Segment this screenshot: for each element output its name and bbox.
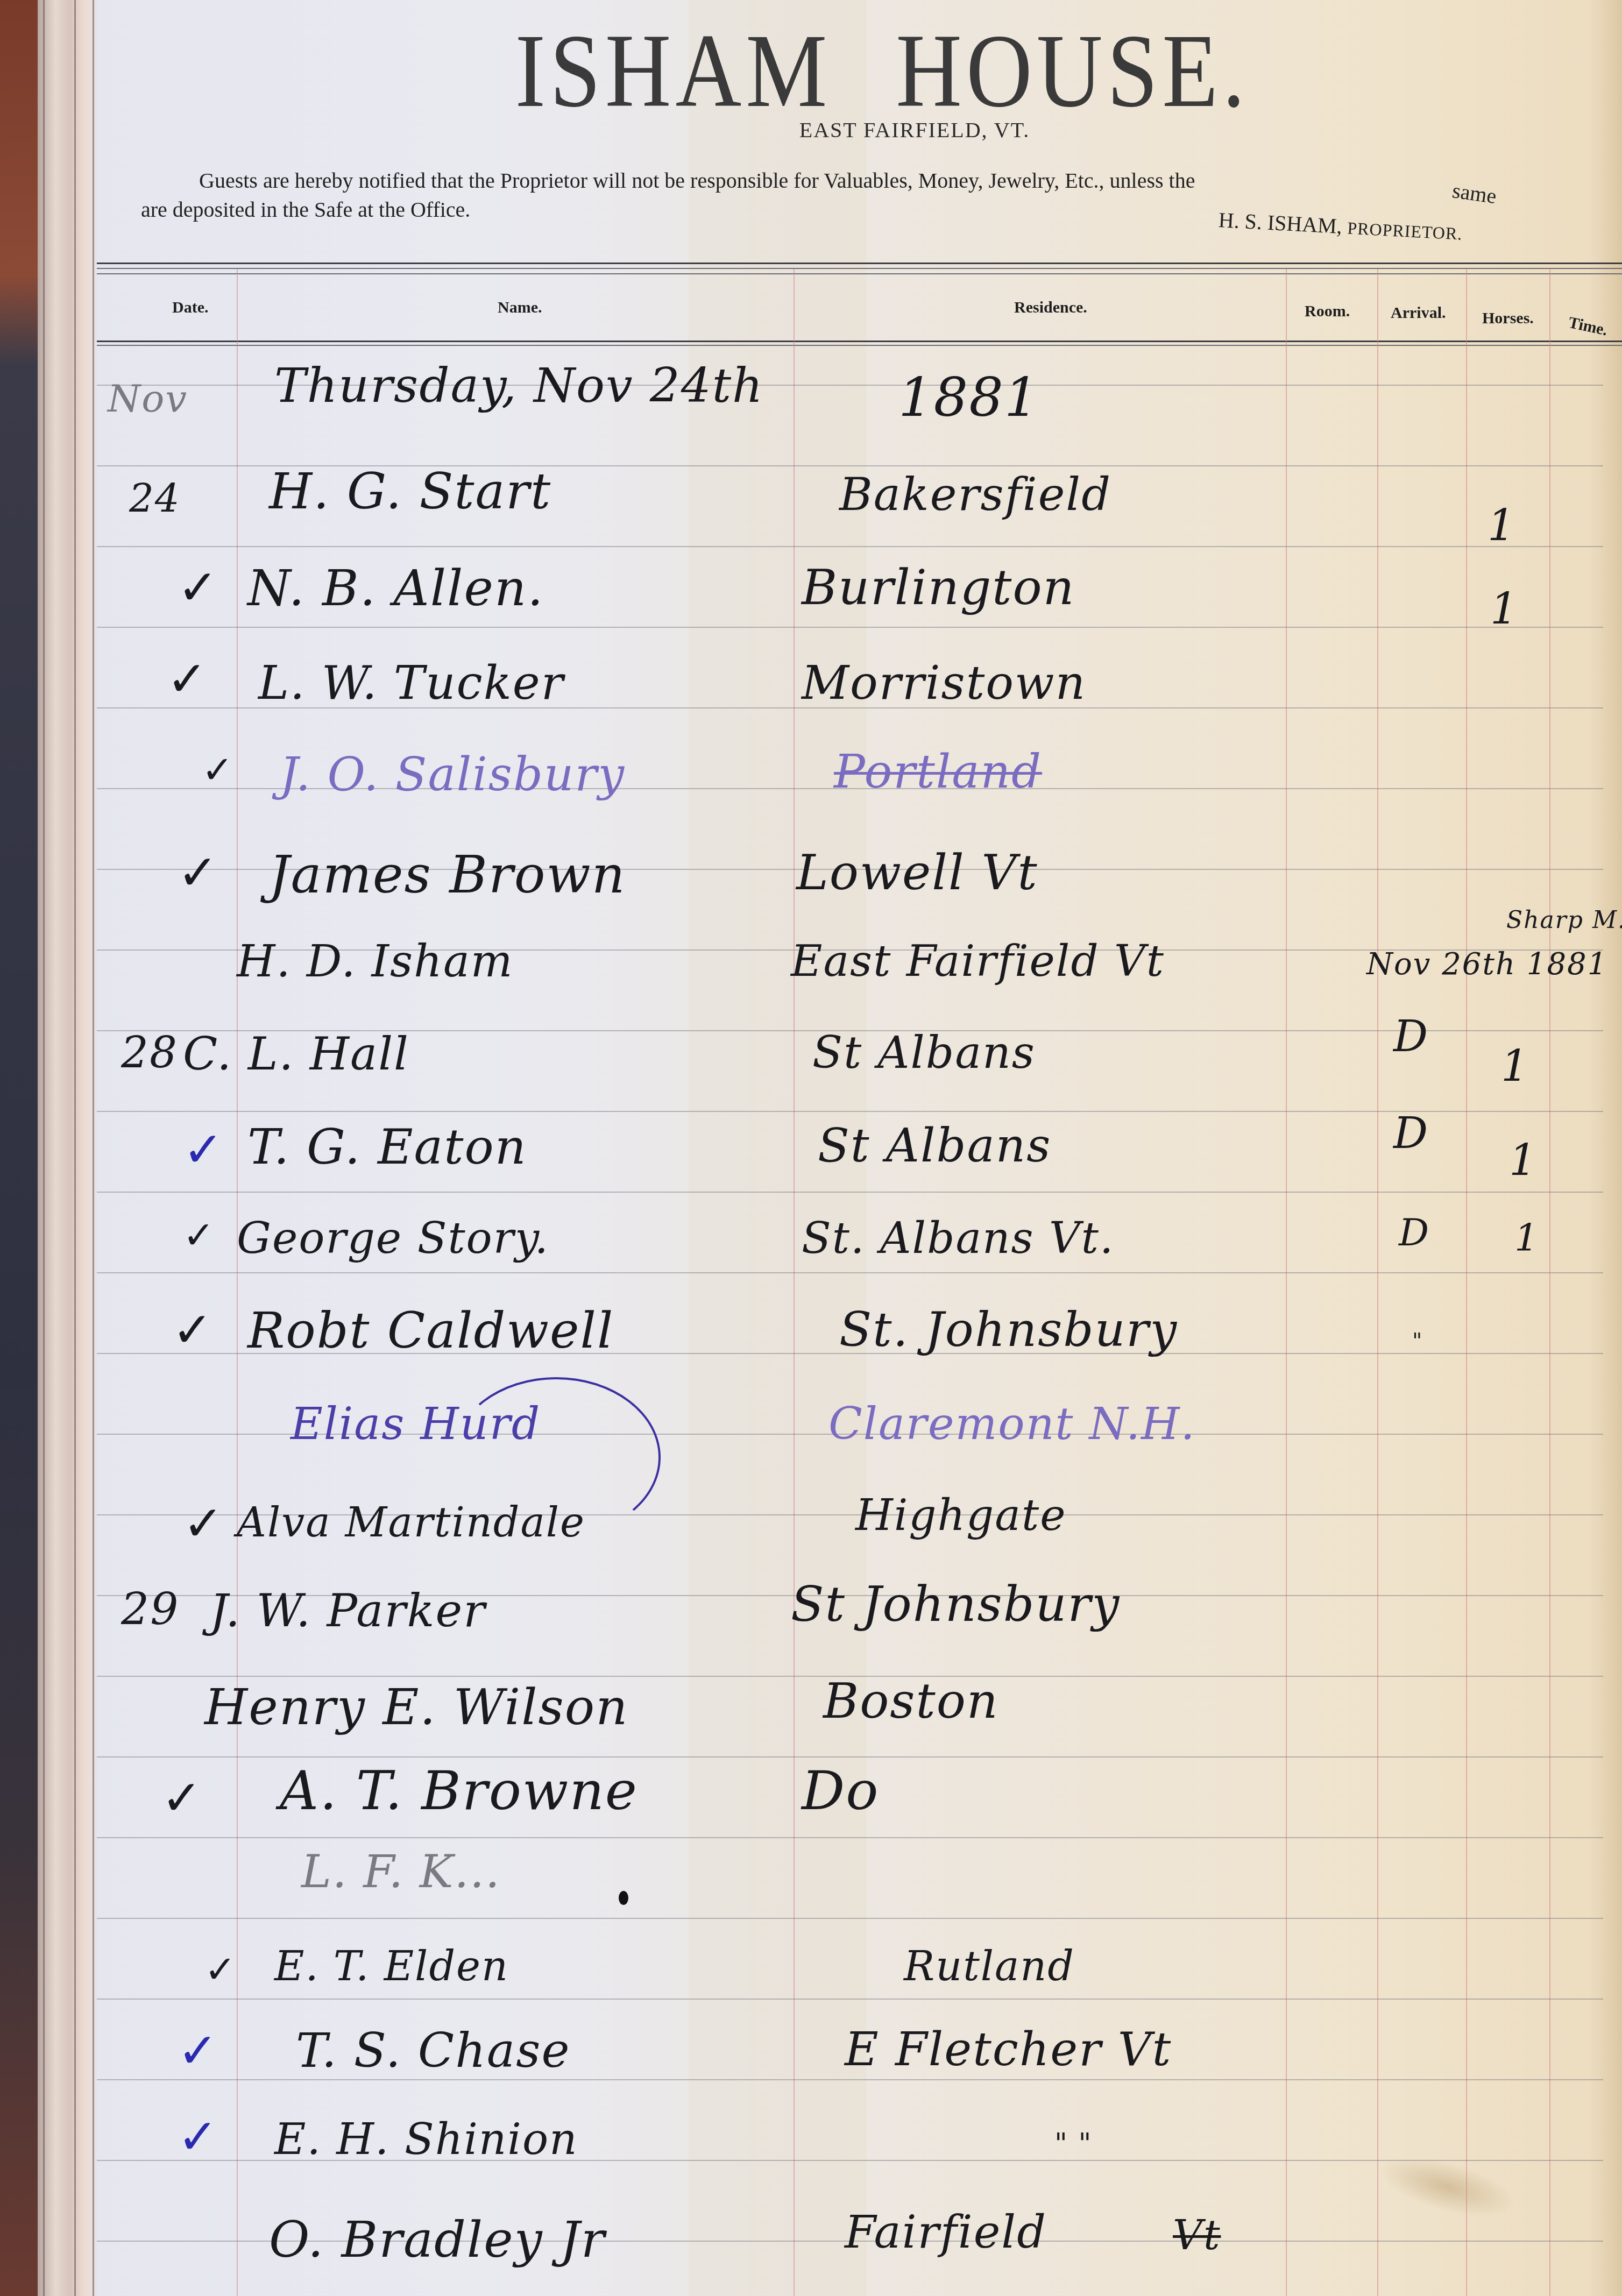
notice-line-2: are deposited in the Safe at the Office. bbox=[141, 197, 470, 222]
entry-residence: East Fairfield Vt bbox=[791, 936, 1165, 986]
entry-name: Robt Caldwell bbox=[247, 1302, 614, 1359]
entry-arrival-ditto: " bbox=[1412, 1329, 1423, 1353]
entry-horses: 1 bbox=[1501, 1041, 1529, 1091]
page-edge-line bbox=[93, 0, 94, 2296]
checkmark-icon: ✓ bbox=[172, 1302, 213, 1358]
entry-arrival: Nov 26th 1881 bbox=[1366, 947, 1607, 982]
entry-arrival: D bbox=[1393, 1108, 1429, 1158]
entry-date: 29 bbox=[121, 1584, 179, 1635]
ruled-line bbox=[97, 1837, 1603, 1838]
column-divider-name bbox=[794, 269, 795, 2296]
entry-name: H. D. Isham bbox=[237, 936, 514, 987]
entry-horses: 1 bbox=[1509, 1135, 1538, 1185]
entry-residence: St Johnsbury bbox=[791, 1576, 1120, 1633]
entry-name: Alva Martindale bbox=[237, 1498, 585, 1546]
page-edge-line bbox=[43, 0, 45, 2296]
notice-line-1-tail: same bbox=[1451, 178, 1498, 209]
location-subtitle: EAST FAIRFIELD, VT. bbox=[753, 117, 1076, 143]
entry-name: George Story. bbox=[237, 1213, 549, 1263]
page-edge-line bbox=[74, 0, 76, 2296]
notice-line-1: Guests are hereby notified that the Prop… bbox=[199, 168, 1195, 193]
entry-horses: 1 bbox=[1490, 584, 1519, 634]
ruled-line bbox=[97, 1918, 1603, 1919]
entry-name: N. B. Allen. bbox=[247, 559, 544, 617]
entry-horses: 1 bbox=[1514, 1216, 1540, 1260]
column-header-name: Name. bbox=[498, 299, 542, 317]
date-heading-text: Thursday, Nov 24th bbox=[274, 358, 764, 413]
date-heading-year: 1881 bbox=[898, 366, 1040, 429]
entry-residence: Boston bbox=[823, 1673, 999, 1730]
entry-residence: E Fletcher Vt bbox=[845, 2023, 1172, 2077]
column-divider-horses bbox=[1549, 269, 1550, 2296]
entry-name: E. H. Shinion bbox=[274, 2114, 578, 2164]
ruled-line bbox=[97, 1756, 1603, 1758]
entry-name: T. G. Eaton bbox=[247, 1119, 527, 1175]
register-title: ISHAMHOUSE. bbox=[473, 11, 1291, 131]
ruled-line bbox=[97, 1272, 1603, 1273]
header-rule-bottom-thin bbox=[97, 345, 1622, 346]
column-header-room: Room. bbox=[1305, 302, 1350, 321]
entry-residence: Morristown bbox=[802, 656, 1086, 710]
entry-residence-struck: Portland bbox=[834, 745, 1042, 799]
entry-date: 24 bbox=[129, 476, 181, 521]
proprietor-title: PROPRIETOR. bbox=[1347, 218, 1463, 244]
header-rule-top bbox=[97, 263, 1622, 264]
checkmark-icon: ✓ bbox=[167, 651, 207, 707]
checkmark-icon: ✓ bbox=[204, 1947, 236, 1992]
column-divider-room bbox=[1377, 269, 1378, 2296]
checkmark-icon: ✓ bbox=[183, 1213, 215, 1257]
entry-name: L. F. K... bbox=[301, 1845, 501, 1898]
entry-residence: Burlington bbox=[802, 559, 1075, 616]
entry-name: C. L. Hall bbox=[183, 1027, 409, 1080]
entry-arrival: D bbox=[1399, 1210, 1430, 1255]
checkmark-icon: ✓ bbox=[202, 748, 233, 792]
proprietor-name: H. S. ISHAM, bbox=[1218, 208, 1343, 238]
entry-residence: St. Johnsbury bbox=[839, 1302, 1178, 1357]
entry-arrival-note: Sharp M... bbox=[1506, 906, 1622, 934]
title-word-house: HOUSE. bbox=[896, 12, 1249, 129]
column-divider-residence bbox=[1286, 269, 1287, 2296]
ruled-line bbox=[97, 2079, 1603, 2080]
entry-name: J. O. Salisbury bbox=[280, 748, 625, 802]
column-header-date: Date. bbox=[172, 299, 208, 317]
ruled-line bbox=[97, 546, 1603, 547]
proprietor-signature: H. S. ISHAM, PROPRIETOR. bbox=[1218, 207, 1463, 245]
checkmark-icon: ✓ bbox=[178, 2109, 218, 2165]
entry-residence: Highgate bbox=[855, 1490, 1066, 1540]
entry-residence: Bakersfield bbox=[839, 468, 1111, 521]
header-rule-top-thin-2 bbox=[97, 273, 1622, 274]
column-header-arrival: Arrival. bbox=[1391, 304, 1446, 322]
header-rule-top-thin bbox=[97, 268, 1622, 269]
entry-name: James Brown bbox=[269, 845, 626, 905]
entry-arrival: D bbox=[1393, 1011, 1429, 1061]
entry-residence: St Albans bbox=[818, 1119, 1051, 1173]
entry-horses: 1 bbox=[1488, 500, 1516, 550]
entry-date: 28 bbox=[121, 1027, 178, 1078]
title-word-isham: ISHAM bbox=[515, 12, 831, 129]
entry-residence-ditto: " " bbox=[1054, 2128, 1092, 2160]
ink-blot bbox=[619, 1891, 628, 1905]
entry-name: A. T. Browne bbox=[280, 1759, 638, 1822]
entry-name: L. W. Tucker bbox=[258, 656, 564, 710]
entry-residence: Rutland bbox=[904, 1942, 1075, 1990]
entry-residence: Do bbox=[802, 1759, 879, 1822]
ruled-line bbox=[97, 1111, 1603, 1112]
entry-name: T. S. Chase bbox=[296, 2023, 571, 2078]
book-binding bbox=[0, 0, 38, 2296]
entry-residence: Lowell Vt bbox=[796, 845, 1038, 901]
column-divider-arrival bbox=[1466, 269, 1467, 2296]
header-rule-bottom bbox=[97, 341, 1622, 342]
checkmark-icon: ✓ bbox=[178, 559, 218, 616]
paper-stain bbox=[1373, 2145, 1521, 2228]
entry-residence: Fairfield bbox=[845, 2206, 1047, 2258]
entry-name: J. W. Parker bbox=[210, 1584, 486, 1637]
ruled-line bbox=[97, 627, 1603, 628]
entry-residence-suffix: Vt bbox=[1173, 2211, 1221, 2259]
checkmark-icon: ✓ bbox=[161, 1770, 202, 1826]
entry-residence: St Albans bbox=[812, 1027, 1036, 1079]
ruled-line bbox=[97, 1192, 1603, 1193]
entry-name: H. G. Start bbox=[269, 463, 551, 520]
column-header-horses: Horses. bbox=[1482, 309, 1534, 328]
column-divider-date bbox=[237, 269, 238, 2296]
page-edge bbox=[38, 0, 97, 2296]
column-header-residence: Residence. bbox=[1014, 299, 1087, 317]
entry-name: O. Bradley Jr bbox=[269, 2211, 606, 2269]
month-margin-note: Nov bbox=[108, 377, 188, 421]
entry-residence: St. Albans Vt. bbox=[802, 1213, 1114, 1263]
entry-name: Henry E. Wilson bbox=[204, 1678, 628, 1736]
checkmark-icon: ✓ bbox=[183, 1122, 223, 1178]
checkmark-icon: ✓ bbox=[183, 1496, 223, 1552]
entry-name: Elias Hurd bbox=[291, 1399, 541, 1450]
ruled-line bbox=[97, 1999, 1603, 2000]
checkmark-icon: ✓ bbox=[178, 2023, 218, 2079]
entry-name: E. T. Elden bbox=[274, 1942, 509, 1990]
checkmark-icon: ✓ bbox=[178, 845, 218, 901]
entry-residence: Claremont N.H. bbox=[828, 1399, 1196, 1450]
